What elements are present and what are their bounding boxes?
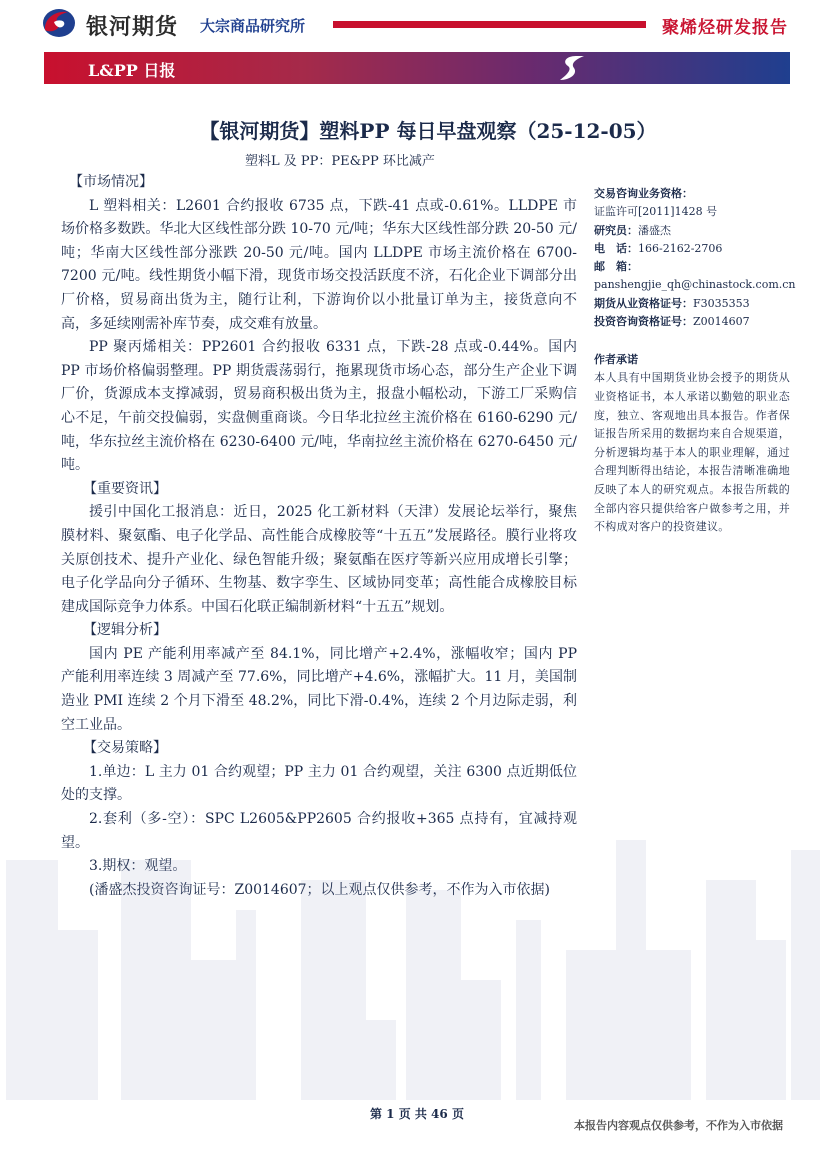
news-paragraph: 援引中国化工报消息：近日，2025 化工新材料（天津）发展论坛举行，聚焦膜材料、… (61, 501, 577, 619)
researcher-label: 研究员： (594, 224, 638, 237)
report-type: 聚烯烃研发报告 (662, 13, 788, 38)
skyline-watermark (6, 820, 820, 1100)
author-promise-title: 作者承诺 (594, 351, 790, 369)
footer-disclaimer: 本报告内容观点仅供参考，不作为入市依据 (574, 1117, 783, 1133)
market-paragraph-l: L 塑料相关：L2601 合约报收 6735 点，下跌-41 点或-0.61%。… (61, 195, 577, 337)
banner-title: L&PP 日报 (88, 58, 175, 81)
analyst-sidebar: 交易咨询业务资格： 证监许可[2011]1428 号 研究员：潘盛杰 电 话：1… (594, 185, 790, 537)
s-swoosh-icon (554, 52, 594, 84)
section-heading-logic: 【逻辑分析】 (61, 619, 577, 643)
researcher-name: 潘盛杰 (638, 224, 671, 237)
invest-cert-label: 投资咨询资格证号： (594, 315, 693, 328)
author-promise-text: 本人具有中国期货业协会授予的期货从业资格证书，本人承诺以勤勉的职业态度，独立、客… (594, 369, 790, 536)
phone-label: 电 话： (594, 242, 638, 255)
page-number: 第 1 页 共 46 页 (370, 1105, 464, 1122)
header-divider (333, 21, 646, 28)
invest-cert-number: Z0014607 (693, 315, 750, 328)
report-header: 银河期货 大宗商品研究所 聚烯烃研发报告 (0, 0, 826, 48)
report-banner: L&PP 日报 (44, 52, 790, 84)
market-paragraph-pp: PP 聚丙烯相关：PP2601 合约报收 6331 点，下跌-28 点或-0.4… (61, 336, 577, 478)
strategy-item-single: 1.单边：L 主力 01 合约观望；PP 主力 01 合约观望，关注 6300 … (61, 761, 577, 808)
email-address[interactable]: panshengjie_qh@chinastock.com.cn (594, 276, 790, 294)
email-label: 邮 箱： (594, 258, 790, 276)
document-title: 【银河期货】塑料PP 每日早盘观察（25-12-05） (0, 115, 826, 144)
futures-cert-label: 期货从业资格证号： (594, 297, 693, 310)
section-heading-market: 【市场情况】 (61, 171, 577, 195)
section-heading-news: 【重要资讯】 (61, 478, 577, 502)
brand-name: 银河期货 (86, 10, 178, 41)
qualification-label: 交易咨询业务资格： (594, 185, 790, 203)
logic-paragraph: 国内 PE 产能利用率减产至 84.1%，同比增产+2.4%，涨幅收窄；国内 P… (61, 643, 577, 737)
section-heading-strategy: 【交易策略】 (61, 737, 577, 761)
phone-number: 166-2162-2706 (638, 242, 722, 255)
license-number: 证监许可[2011]1428 号 (594, 203, 790, 221)
futures-cert-number: F3035353 (693, 297, 750, 310)
institute-name: 大宗商品研究所 (200, 15, 305, 36)
galaxy-futures-logo-icon (42, 8, 76, 38)
main-content: 【市场情况】 L 塑料相关：L2601 合约报收 6735 点，下跌-41 点或… (61, 171, 577, 902)
document-subtitle: 塑料L 及 PP：PE&PP 环比减产 (245, 150, 435, 169)
